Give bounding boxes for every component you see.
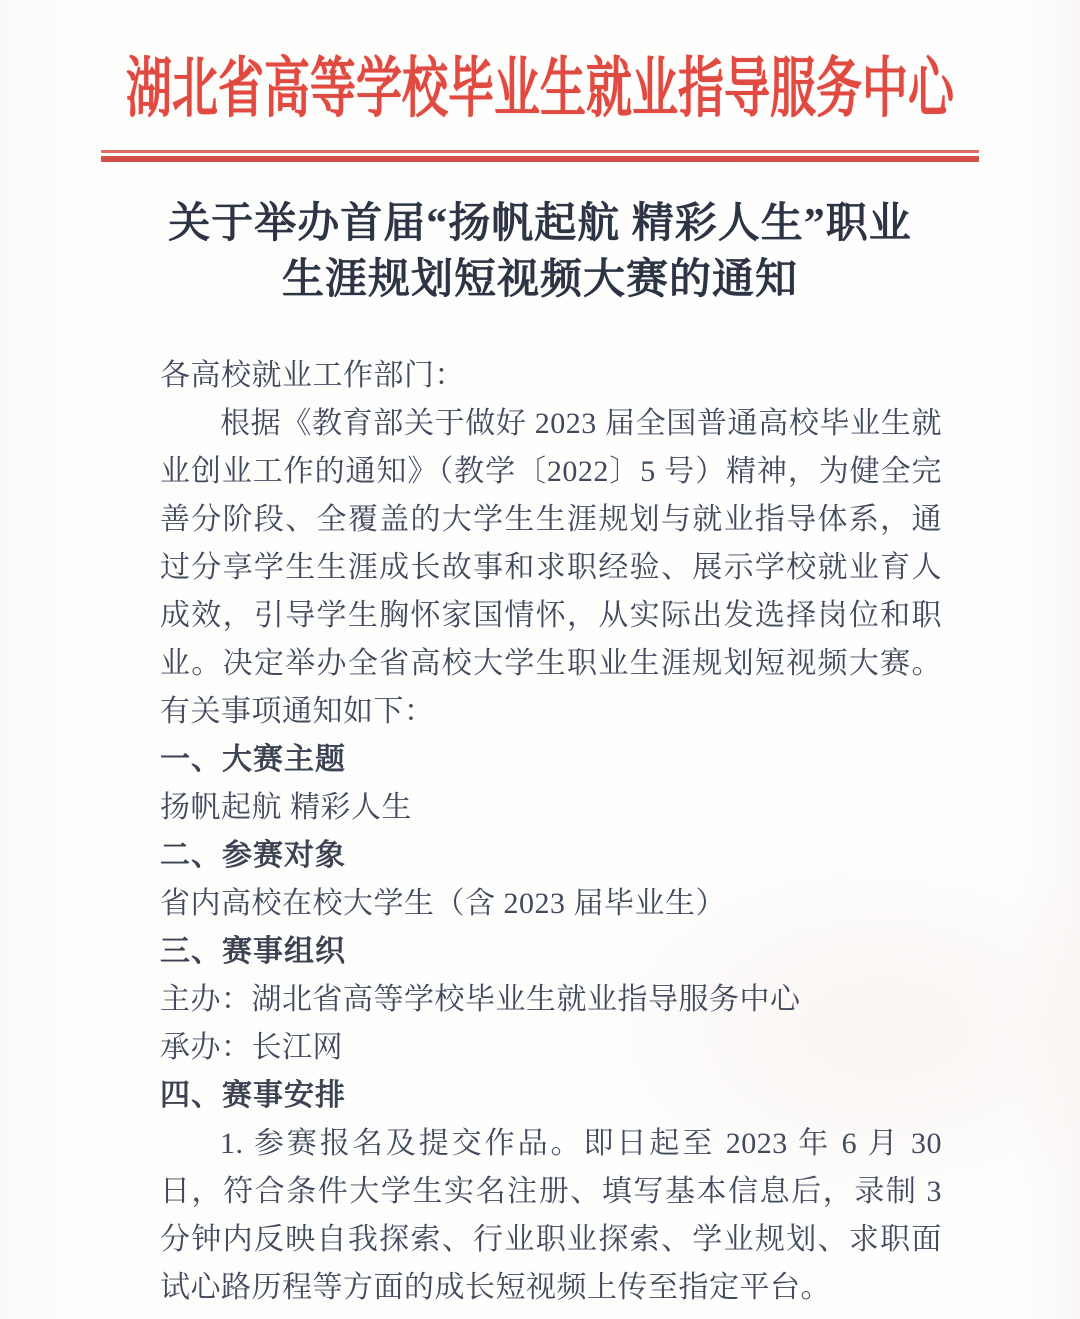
document-title: 关于举办首届“扬帆起航 精彩人生”职业 生涯规划短视频大赛的通知: [0, 196, 1080, 308]
section-1-theme: 扬帆起航 精彩人生: [160, 784, 942, 832]
intro-paragraph: 根据《教育部关于做好 2023 届全国普通高校毕业生就业创业工作的通知》（教学〔…: [160, 400, 942, 736]
document-title-line-1: 关于举办首届“扬帆起航 精彩人生”职业: [168, 201, 912, 247]
section-3-host: 主办：湖北省高等学校毕业生就业指导服务中心: [160, 976, 942, 1024]
letterhead: 湖北省高等学校毕业生就业指导服务中心: [0, 0, 1080, 162]
letterhead-divider-line: [101, 150, 979, 162]
section-1-heading: 一、大赛主题: [160, 736, 942, 784]
document-page: 湖北省高等学校毕业生就业指导服务中心 关于举办首届“扬帆起航 精彩人生”职业 生…: [0, 0, 1080, 1319]
section-2-heading: 二、参赛对象: [160, 832, 942, 880]
section-2-eligibility: 省内高校在校大学生（含 2023 届毕业生）: [160, 880, 942, 928]
document-body: 各高校就业工作部门： 根据《教育部关于做好 2023 届全国普通高校毕业生就业创…: [160, 352, 942, 1312]
letterhead-org-name: 湖北省高等学校毕业生就业指导服务中心: [126, 38, 954, 140]
section-3-heading: 三、赛事组织: [160, 928, 942, 976]
divider-thin-line: [101, 150, 979, 153]
section-3-organizer: 承办：长江网: [160, 1024, 942, 1072]
section-4-heading: 四、赛事安排: [160, 1072, 942, 1120]
divider-thick-line: [101, 156, 979, 162]
salutation: 各高校就业工作部门：: [160, 352, 942, 400]
document-title-line-2: 生涯规划短视频大赛的通知: [282, 257, 798, 303]
section-4-schedule: 1. 参赛报名及提交作品。即日起至 2023 年 6 月 30 日，符合条件大学…: [160, 1120, 942, 1312]
